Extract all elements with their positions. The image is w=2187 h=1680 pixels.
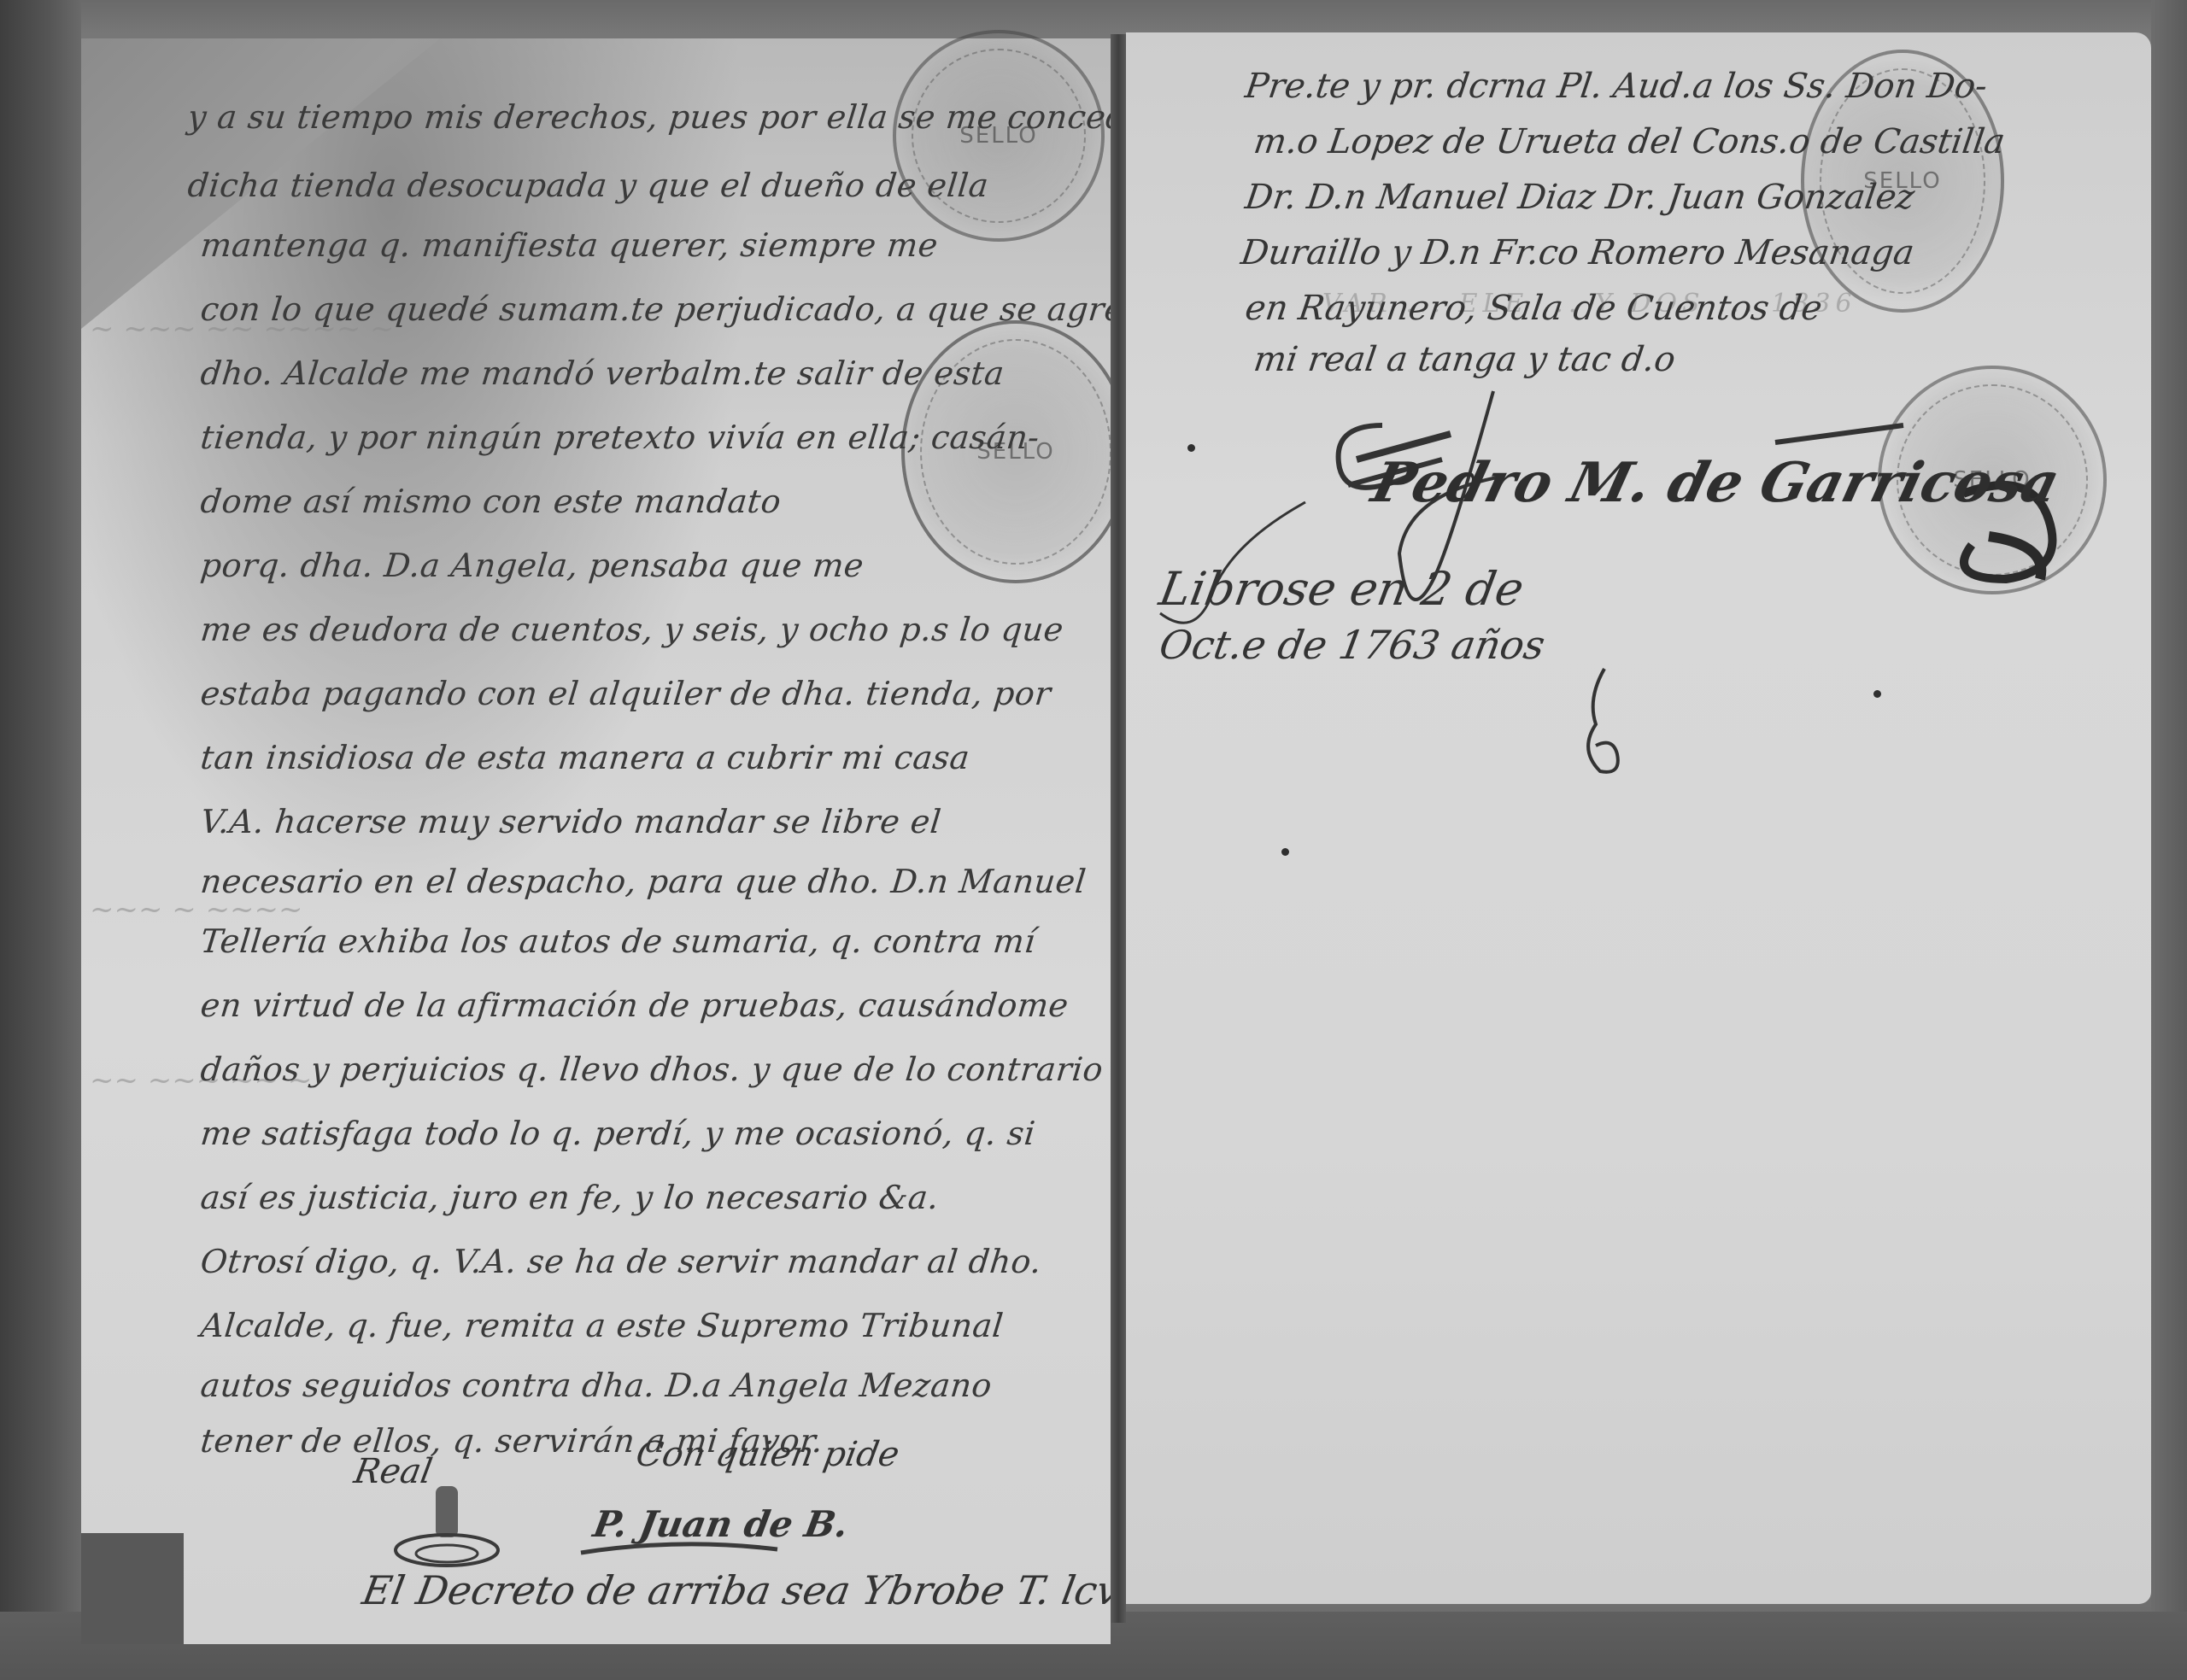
manuscript-line: dho. Alcalde me mandó verbalm.te salir d… [199, 354, 1006, 392]
note-line: Librose en 2 de [1155, 562, 1527, 616]
manuscript-line: necesario en el despacho, para que dho. … [199, 863, 1088, 900]
manuscript-line: así es justicia, juro en fe, y lo necesa… [199, 1179, 941, 1216]
book-gutter [1111, 34, 1126, 1623]
manuscript-line: porq. dha. D.a Angela, pensaba que me [199, 547, 866, 584]
decree-line: El Decreto de arriba sea Ybrobe T. lcv [359, 1567, 1123, 1613]
manuscript-line: V.A. hacerse muy servido mandar se libre… [199, 803, 943, 840]
manuscript-line: Alcalde, q. fue, remita a este Supremo T… [199, 1307, 1006, 1344]
signature-flourish-icon [1126, 374, 2151, 733]
manuscript-line: y a su tiempo mis derechos, pues por ell… [186, 98, 1149, 136]
note-line: Oct.e de 1763 años [1156, 622, 1548, 668]
manuscript-line: daños y perjuicios q. llevo dhos. y que … [199, 1051, 1105, 1088]
ink-dot [1873, 690, 1881, 698]
right-page: SELLO SELLO VAR ... ELE ... Y DOS ... 18… [1126, 32, 2151, 1604]
left-page: ~ ~~~ ~~ ~~~~ ~ ~~~ ~ ~~~~ ~~ ~~~ ~~ ~ S… [81, 38, 1111, 1644]
header-line: Pre.te y pr. dcrna Pl. Aud.a los Ss. Don… [1243, 67, 1990, 106]
seal-stamp: SELLO [893, 30, 1105, 242]
notary-sign-icon [389, 1482, 508, 1576]
official-signature: Pedro M. de Garricosa [1366, 451, 2066, 515]
rubric-flourish-icon [1570, 664, 1639, 784]
manuscript-line: me satisfaga todo lo q. perdí, y me ocas… [199, 1115, 1037, 1152]
manuscript-line: Tellería exhiba los autos de sumaria, q.… [199, 922, 1038, 960]
manuscript-line: mantenga q. manifiesta querer, siempre m… [199, 226, 940, 264]
manuscript-line: Otrosí digo, q. V.A. se ha de servir man… [199, 1243, 1044, 1280]
book-spine-edge [0, 0, 81, 1680]
manuscript-line: autos seguidos contra dha. D.a Angela Me… [199, 1367, 994, 1404]
header-line: en Rayunero, Sala de Cuentos de [1243, 289, 1825, 328]
manuscript-line: en virtud de la afirmación de pruebas, c… [199, 986, 1070, 1024]
manuscript-line: tienda, y por ningún pretexto vivía en e… [199, 419, 1041, 456]
ink-dot [1187, 444, 1195, 452]
manuscript-line: dicha tienda desocupada y que el dueño d… [186, 167, 991, 204]
manuscript-line: estaba pagando con el alquiler de dha. t… [199, 675, 1053, 712]
manuscript-line: con lo que quedé sumam.te perjudicado, a… [199, 290, 1167, 328]
header-line: Duraillo y D.n Fr.co Romero Mesanaga [1239, 233, 1917, 272]
signature-underline-icon [577, 1537, 782, 1563]
book-right-edge [2151, 0, 2187, 1680]
manuscript-line: me es deudora de cuentos, y seis, y ocho… [199, 611, 1065, 648]
page-shadow [81, 1533, 184, 1644]
header-line: m.o Lopez de Urueta del Cons.o de Castil… [1252, 122, 2008, 161]
manuscript-line: tan insidiosa de esta manera a cubrir mi… [199, 739, 972, 776]
ink-dot [1281, 848, 1289, 856]
closing-phrase: Con quien pide [633, 1435, 902, 1474]
manuscript-line: dome así mismo con este mandato [199, 483, 783, 520]
header-line: Dr. D.n Manuel Diaz Dr. Juan Gonzalez [1243, 178, 1917, 217]
